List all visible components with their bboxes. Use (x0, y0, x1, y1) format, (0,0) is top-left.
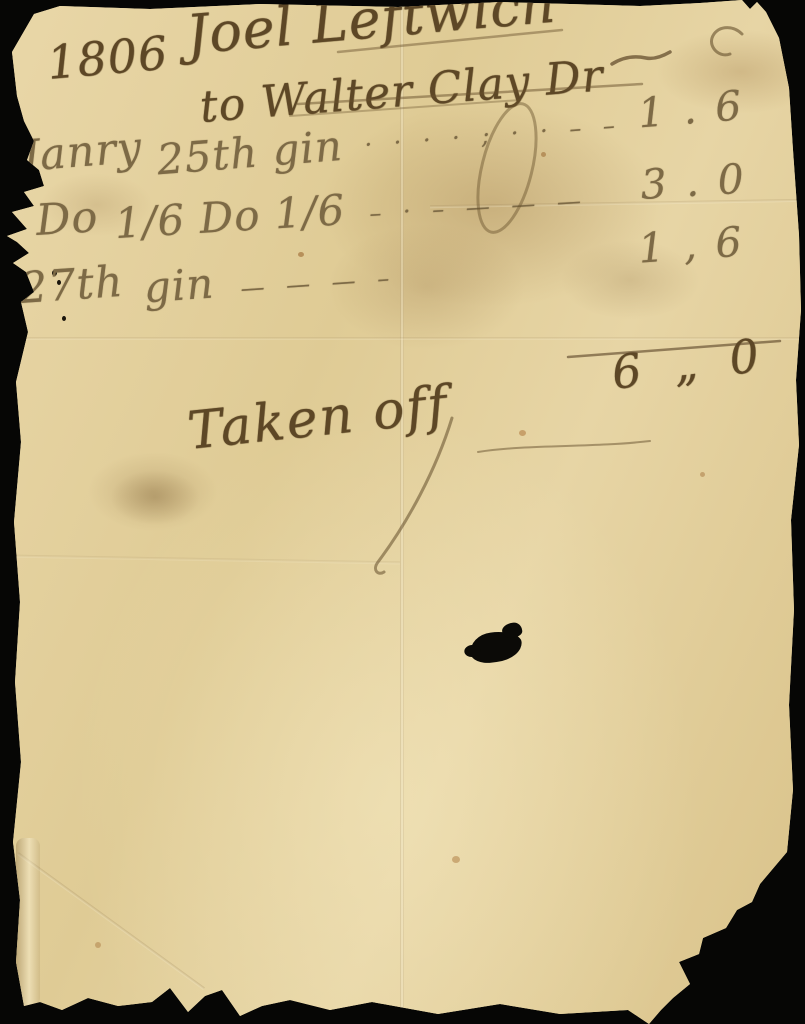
entry-leader-dots: – · – — — — (369, 183, 643, 228)
dash-flourish (612, 52, 670, 64)
left-edge-fold (16, 838, 40, 1006)
horizontal-crease-lower (10, 555, 400, 565)
note-tail-flourish (478, 441, 650, 452)
ink-blot (468, 629, 523, 665)
note-descender-stroke (376, 418, 452, 573)
rust-spot (519, 430, 526, 436)
diagonal-crease-bottom-left (17, 852, 205, 990)
rust-spot (700, 472, 705, 477)
entry-date: 27th (18, 257, 125, 314)
entry-date: Do (34, 192, 99, 246)
taken-off-note: Taken off (185, 375, 452, 462)
entry-amount: 3 . 0 (639, 155, 748, 209)
year-text: 1806 (45, 25, 170, 89)
entry-item: 25th gin (155, 121, 344, 184)
scanned-document: 1806 Joel Leftwich to Walter Clay Dr Jan… (0, 0, 805, 1024)
debtor-name-text: Joel Leftwich (184, 0, 560, 67)
entry-amount: 1 , 6 (637, 217, 746, 272)
rust-spot (95, 942, 101, 948)
entry-amount: 1 . 6 (636, 81, 746, 137)
paper-sheet: 1806 Joel Leftwich to Walter Clay Dr Jan… (0, 0, 805, 1024)
entry-leader-dots: · · · · ; · · – – (364, 110, 641, 160)
rust-spot (541, 152, 546, 157)
rust-spot (452, 856, 460, 863)
entry-date: Janry (20, 123, 144, 182)
curl-mark (711, 28, 742, 55)
ink-speck (62, 316, 66, 321)
stain-smudge (110, 470, 200, 525)
entry-item: 1/6 Do 1/6 (113, 185, 346, 248)
entry-item: gin (142, 259, 216, 313)
